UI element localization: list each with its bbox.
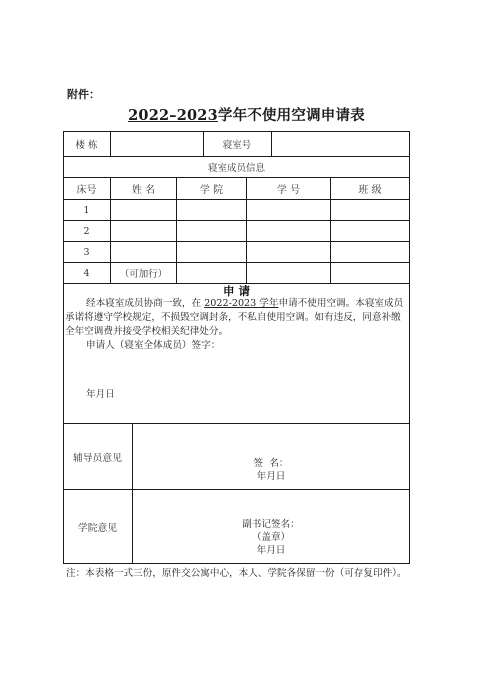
counselor-date-label: 年月日 bbox=[133, 470, 409, 484]
name-field[interactable] bbox=[111, 221, 176, 241]
deputy-secretary-signature-label: 副书记签名： bbox=[133, 518, 409, 532]
bed-number: 1 bbox=[63, 200, 110, 220]
counselor-opinion-field[interactable] bbox=[133, 424, 409, 460]
college-field[interactable] bbox=[177, 242, 246, 262]
attachment-label: 附件： bbox=[67, 86, 100, 102]
student-id-field[interactable] bbox=[247, 221, 330, 241]
college-opinion-label: 学院意见 bbox=[63, 490, 132, 563]
college-field[interactable] bbox=[177, 263, 246, 283]
application-heading: 申 请 bbox=[63, 284, 410, 298]
column-header-college: 学 院 bbox=[177, 178, 246, 199]
footer-note: 注：本表格一式三份，原件交公寓中心，本人、学院各保留一份（可存复印件）。 bbox=[66, 565, 407, 579]
name-field[interactable]: （可加行） bbox=[111, 263, 176, 283]
student-id-field[interactable] bbox=[247, 200, 330, 220]
application-date-label: 年月日 bbox=[86, 388, 115, 402]
statement-year: 2022-2023 学年 bbox=[204, 298, 278, 309]
room-label: 寝室号 bbox=[203, 131, 271, 156]
members-section-title: 寝室成员信息 bbox=[63, 157, 410, 177]
building-label: 楼 栋 bbox=[63, 131, 110, 156]
class-field[interactable] bbox=[331, 221, 409, 241]
counselor-opinion-label: 辅导员意见 bbox=[63, 424, 132, 489]
building-field[interactable] bbox=[111, 132, 203, 156]
applicant-signature-label: 申请人（寝室全体成员）签字： bbox=[86, 339, 220, 353]
title-year: 2022–2023 bbox=[128, 107, 218, 124]
counselor-signature-label: 签 名： bbox=[133, 457, 409, 471]
table-border-bottom bbox=[63, 563, 410, 564]
name-field[interactable] bbox=[111, 200, 176, 220]
room-field[interactable] bbox=[272, 132, 409, 156]
table-border-right bbox=[409, 131, 410, 564]
column-header-class: 班 级 bbox=[331, 178, 409, 199]
class-field[interactable] bbox=[331, 242, 409, 262]
bed-number: 4 bbox=[63, 263, 110, 283]
seal-label: （盖章） bbox=[133, 531, 409, 545]
title-text: 学年不使用空调申请表 bbox=[218, 107, 365, 124]
student-id-field[interactable] bbox=[247, 242, 330, 262]
column-header-student-id: 学 号 bbox=[247, 178, 330, 199]
statement-prefix: 经本寝室成员协商一致，在 bbox=[86, 298, 204, 309]
college-date-label: 年月日 bbox=[133, 544, 409, 558]
college-opinion-field[interactable] bbox=[133, 490, 409, 516]
class-field[interactable] bbox=[331, 263, 409, 283]
student-id-field[interactable] bbox=[247, 263, 330, 283]
college-field[interactable] bbox=[177, 200, 246, 220]
college-field[interactable] bbox=[177, 221, 246, 241]
column-header-bed: 床号 bbox=[63, 178, 110, 199]
bed-number: 3 bbox=[63, 242, 110, 262]
bed-number: 2 bbox=[63, 221, 110, 241]
page-title: 2022–2023学年不使用空调申请表 bbox=[0, 104, 493, 125]
column-header-name: 姓 名 bbox=[111, 178, 176, 199]
class-field[interactable] bbox=[331, 200, 409, 220]
application-statement: 经本寝室成员协商一致，在 2022-2023 学年申请不使用空调。本寝室成员承诺… bbox=[65, 297, 408, 339]
applicant-signature-area[interactable] bbox=[86, 354, 406, 384]
name-field[interactable] bbox=[111, 242, 176, 262]
